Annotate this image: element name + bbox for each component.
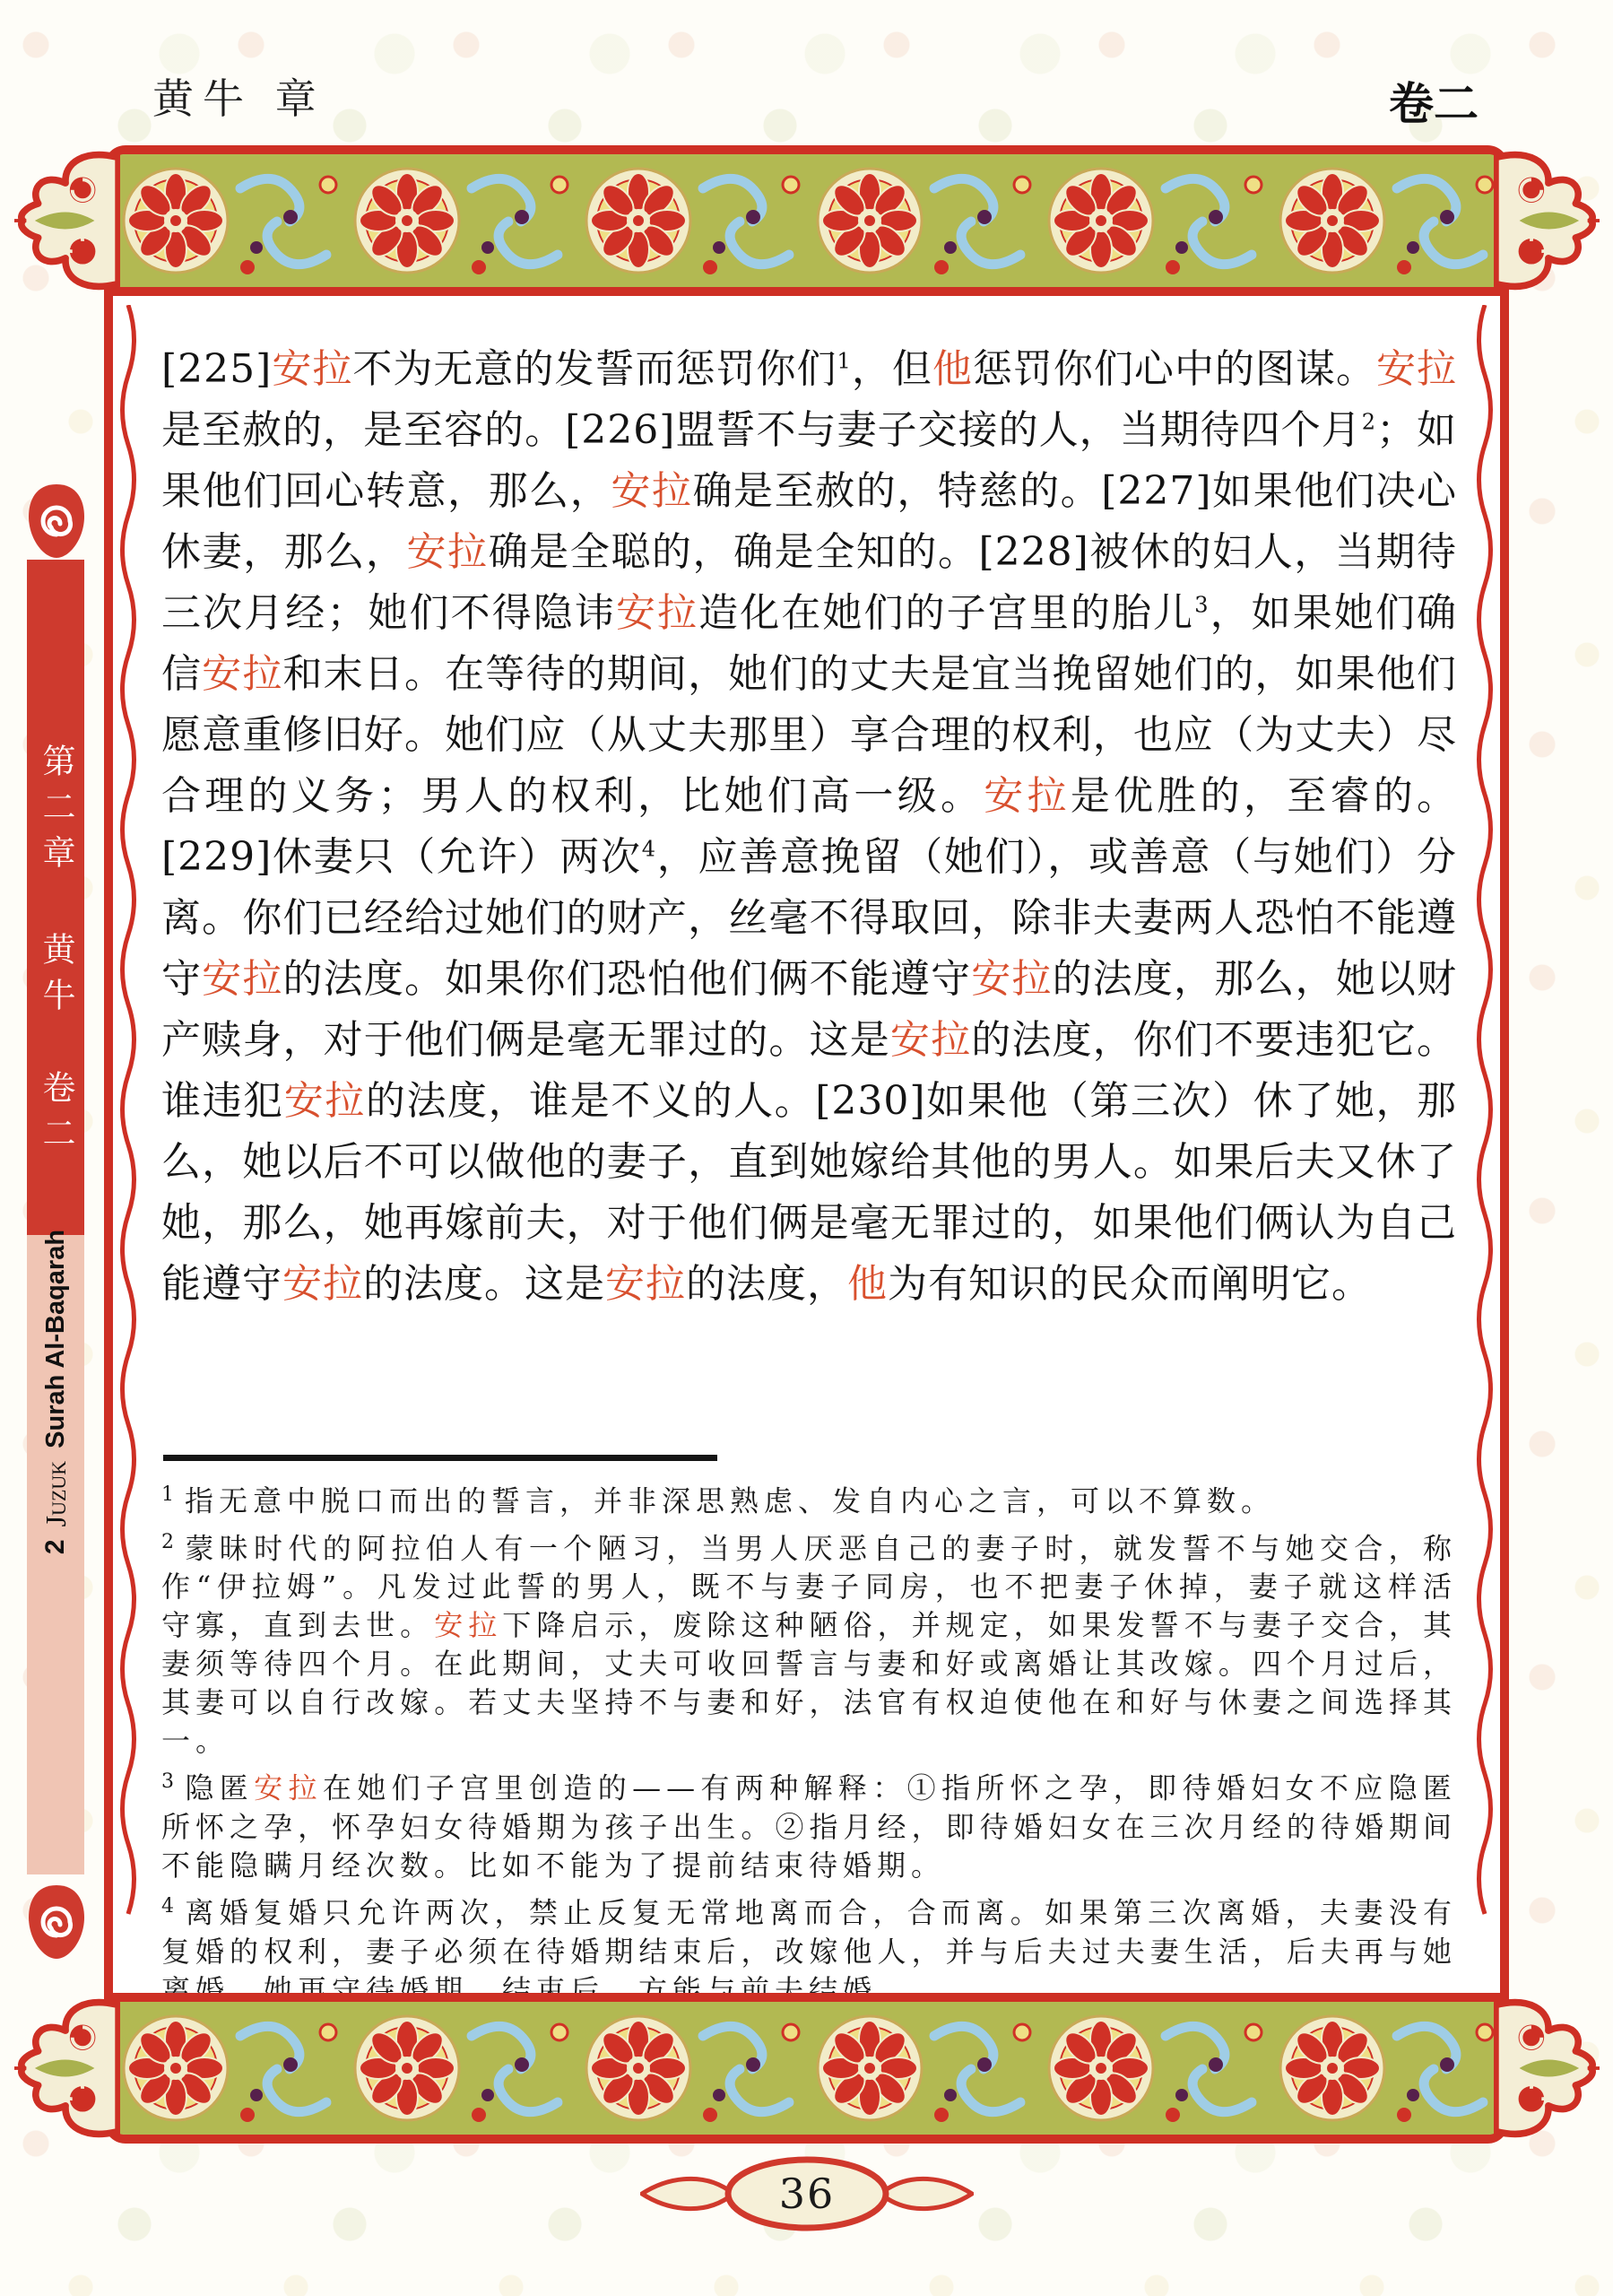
sidebar-volume-label: 卷二: [31, 1023, 80, 1161]
sidebar-juzuk-bar: 2 Juzuk Surah Al-Baqarah: [27, 1235, 84, 1874]
footnote-4-text: 离婚复婚只允许两次，禁止反复无常地离而合，合而离。如果第三次离婚，夫妻没有复婚的…: [161, 1896, 1457, 1993]
pendant-ornament-bottom-right: [1494, 1996, 1600, 2140]
scroll-ornament-bottom: [27, 1883, 86, 1961]
footnote-1-text: 指无意中脱口而出的誓言，并非深思熟虑、发自内心之言，可以不算数。: [185, 1484, 1275, 1518]
page-content: [225]安拉不为无意的发誓而惩罚你们1，但他惩罚你们心中的图谋。安拉是至赦的，…: [113, 296, 1500, 1993]
pendant-ornament-top-left: [14, 149, 120, 292]
ornamental-band-bottom: [113, 1993, 1500, 2135]
footnote-4: 4离婚复婚只允许两次，禁止反复无常地离而合，合而离。如果第三次离婚，夫妻没有复婚…: [161, 1887, 1457, 1993]
footnote-3-marker: 3: [161, 1770, 174, 1793]
scroll-ornament-top: [27, 483, 86, 560]
juzuk-label-group: 2 Juzuk Surah Al-Baqarah: [27, 1275, 84, 1509]
footnote-3: 3隐匿安拉在她们子宫里创造的——有两种解释：①指所怀之孕，即待婚妇女不应隐匿所怀…: [161, 1762, 1457, 1885]
footnote-divider: [163, 1455, 717, 1461]
juzuk-word: Juzuk: [39, 1461, 73, 1527]
surah-name-latin: Surah Al-Baqarah: [41, 1230, 71, 1448]
footnote-1-marker: 1: [161, 1483, 174, 1506]
pendant-ornament-bottom-left: [14, 1996, 120, 2140]
footnote-2-marker: 2: [161, 1531, 174, 1553]
sidebar-chapter-title: 第二章 黄牛: [31, 560, 80, 1023]
footnotes-section: 1指无意中脱口而出的誓言，并非深思熟虑、发自内心之言，可以不算数。 2蒙昧时代的…: [161, 1455, 1457, 1993]
page-number: 36: [640, 2156, 974, 2231]
pendant-ornament-top-right: [1494, 149, 1600, 292]
volume-header: 卷二: [1389, 68, 1479, 133]
surah-header: 黄牛 章: [152, 66, 325, 126]
page-number-cartouche: 36: [640, 2156, 974, 2231]
juzuk-number: 2: [40, 1539, 71, 1554]
footnote-4-marker: 4: [161, 1895, 174, 1918]
wavy-border-left: [117, 305, 140, 1984]
footnote-3-text: 隐匿安拉在她们子宫里创造的——有两种解释：①指所怀之孕，即待婚妇女不应隐匿所怀之…: [161, 1771, 1457, 1883]
wavy-border-right: [1473, 305, 1496, 1984]
footnote-2: 2蒙昧时代的阿拉伯人有一个陋习，当男人厌恶自己的妻子时，就发誓不与她交合，称作“…: [161, 1523, 1457, 1761]
sidebar-chapter-bar: 第二章 黄牛 卷二: [27, 560, 84, 1235]
quran-page: 黄牛 章 卷二 第二章 黄牛 卷二 2 Juzuk Surah Al-Baqar…: [0, 0, 1613, 2296]
ornamental-band-top: [113, 154, 1500, 296]
page-frame: [225]安拉不为无意的发誓而惩罚你们1，但他惩罚你们心中的图谋。安拉是至赦的，…: [104, 145, 1509, 2144]
verse-text: [225]安拉不为无意的发誓而惩罚你们1，但他惩罚你们心中的图谋。安拉是至赦的，…: [161, 339, 1457, 1315]
footnote-2-text: 蒙昧时代的阿拉伯人有一个陋习，当男人厌恶自己的妻子时，就发誓不与她交合，称作“伊…: [161, 1531, 1457, 1758]
footnote-1: 1指无意中脱口而出的誓言，并非深思熟虑、发自内心之言，可以不算数。: [161, 1475, 1457, 1521]
